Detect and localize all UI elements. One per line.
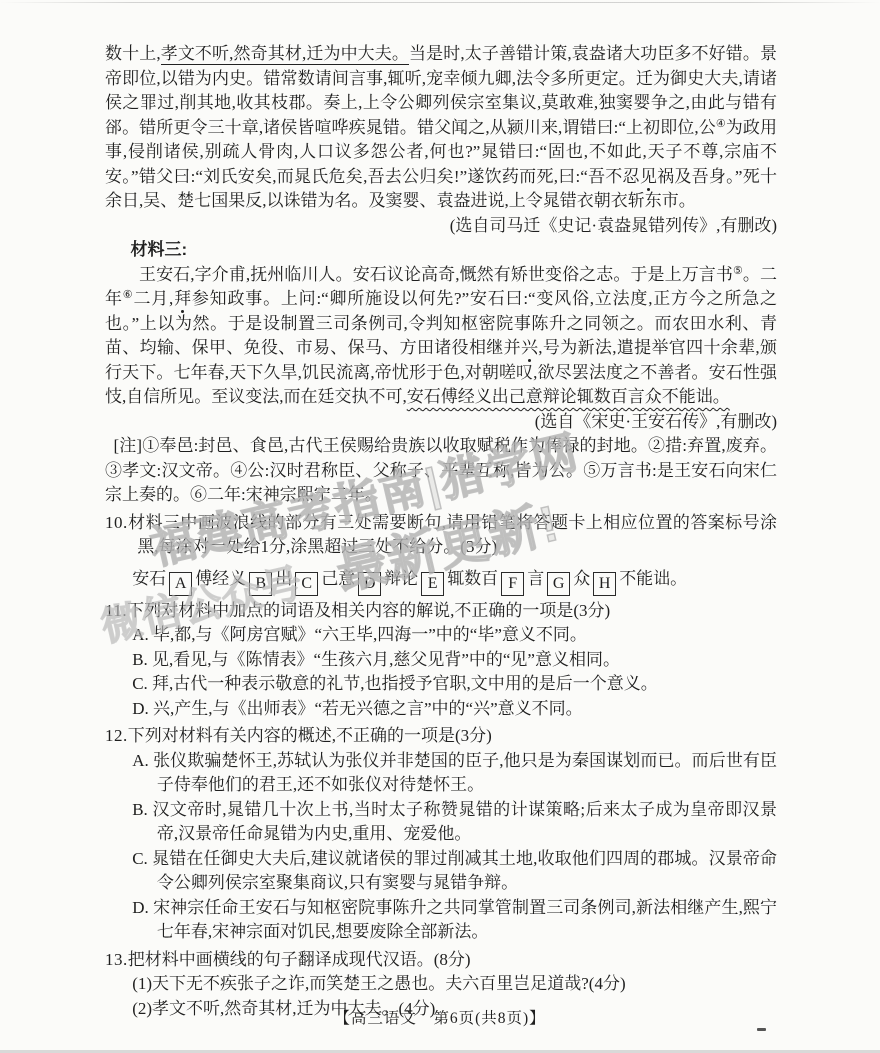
question-number: 13.	[105, 950, 128, 969]
sentence-break-options: 安石A傅经义B出C己意D辩论E辄数百F言G众H不能诎。	[132, 563, 777, 596]
answer-letter-box: A	[169, 572, 192, 596]
option-text: 见,看见,与《陈情表》“生孩六月,慈父见背”中的“见”意义相同。	[152, 650, 620, 669]
note-reference: ④	[716, 118, 726, 130]
notes-paragraph: [注]①奉邑:封邑、食邑,古代王侯赐给贵族以收取赋税作为俸禄的封地。②措:弃置,…	[105, 434, 777, 508]
answer-letter-box: G	[547, 572, 570, 596]
option-text: 宋神宗任命王安石与知枢密院事陈升之共同掌管制置三司条例司,新法相继产生,熙宁七年…	[153, 898, 777, 942]
option-text: 毕,都,与《阿房宫赋》“六王毕,四海一”中的“毕”意义不同。	[153, 625, 587, 644]
text-run: 安石	[132, 569, 166, 588]
option-A: A. 毕,都,与《阿房宫赋》“六王毕,四海一”中的“毕”意义不同。	[132, 623, 777, 648]
question-number: 10.	[105, 513, 128, 532]
question-11: 11.下列对材料中加点的词语及相关内容的解说,不正确的一项是(3分)	[105, 599, 777, 624]
answer-letter-box: B	[249, 572, 272, 596]
answer-letter-box: F	[501, 572, 524, 596]
option-label: C.	[132, 849, 152, 868]
option-C: C. 拜,古代一种表示敬意的礼节,也指授予官职,文中用的是后一个意义。	[132, 672, 777, 697]
material-two-passage: 数十上,孝文不听,然奇其材,迁为中大夫。当是时,太子善错计策,袁盎诸大功臣多不好…	[105, 42, 777, 214]
option-text: 兴,产生,与《出师表》“若无兴德之言”中的“兴”意义不同。	[153, 699, 583, 718]
question-12: 12.下列对材料有关内容的概述,不正确的一项是(3分)	[105, 724, 777, 749]
answer-letter-box: H	[593, 572, 616, 596]
text-run: 王安石,字介甫,抚州临川人。安石议论高奇,慨然有矫世变俗之志。于是上万言书	[139, 265, 733, 284]
text-run: 不能诎。	[619, 569, 687, 588]
option-D: D. 兴,产生,与《出师表》“若无兴德之言”中的“兴”意义不同。	[132, 697, 777, 722]
text-run: 众	[573, 569, 590, 588]
dotted-term: 兴	[521, 338, 538, 357]
source-attribution: (选自《宋史·王安石传》,有删改)	[105, 410, 777, 435]
option-text: 汉文帝时,晁错几十次上书,当时太子称赞晁错的计谋策略;后来太子成为皇帝即汉景帝,…	[152, 800, 777, 844]
text-run: 傅经义	[195, 569, 246, 588]
answer-letter-box: C	[295, 572, 318, 596]
option-label: D.	[132, 699, 153, 718]
page-footer: 【高三语文 第6页(共8页)】	[0, 1006, 880, 1028]
text-run: 二月,	[133, 289, 173, 308]
exam-page: 数十上,孝文不听,然奇其材,迁为中大夫。当是时,太子善错计策,袁盎诸大功臣多不好…	[0, 0, 880, 1053]
option-B: B. 见,看见,与《陈情表》“生孩六月,慈父见背”中的“见”意义相同。	[132, 648, 777, 673]
option-text: 晁错在任御史大夫后,建议就诸侯的罪过削减其土地,收取他们四周的郡城。汉景帝命令公…	[152, 849, 777, 893]
text-run: 下列对材料中加点的词语及相关内容的解说,不正确的一项是(3分)	[127, 601, 610, 620]
wavy-underlined-text: 安石傅经义出己意辩论辄数百言众不能诎。	[407, 387, 730, 406]
option-B: B. 汉文帝时,晁错几十次上书,当时太子称赞晁错的计谋策略;后来太子成为皇帝即汉…	[132, 798, 777, 847]
underlined-text: 孝文不听,然奇其材,迁为中大夫。	[161, 44, 409, 65]
option-A: A. 张仪欺骗楚怀王,苏轼认为张仪并非楚国的臣子,他只是为秦国谋划而已。而后世有…	[132, 749, 777, 798]
option-label: D.	[132, 898, 153, 917]
text-run: 把材料中画横线的句子翻译成现代汉语。(8分)	[128, 950, 471, 969]
text-run: 辩论	[384, 569, 418, 588]
answer-letter-box: E	[421, 572, 444, 596]
text-run: 辄数百	[447, 569, 498, 588]
material-heading: 材料三:	[105, 238, 777, 263]
source-attribution: (选自司马迁《史记·袁盎晁错列传》,有删改)	[105, 214, 777, 239]
option-D: D. 宋神宗任命王安石与知枢密院事陈升之共同掌管制置三司条例司,新法相继产生,熙…	[132, 896, 777, 945]
option-label: A.	[132, 751, 153, 770]
note-reference: ⑥	[123, 289, 134, 301]
text-run: 下列对材料有关内容的概述,不正确的一项是(3分)	[128, 726, 492, 745]
option-text: 拜,古代一种表示敬意的礼节,也指授予官职,文中用的是后一个意义。	[152, 674, 658, 693]
question-13: 13.把材料中画横线的句子翻译成现代汉语。(8分)	[105, 948, 777, 973]
note-reference: ⑤	[733, 265, 743, 277]
question-number: 12.	[105, 726, 128, 745]
dotted-term: 拜	[173, 289, 192, 308]
question-10: 10.材料三中画波浪线的部分有三处需要断句,请用铅笔将答题卡上相应位置的答案标号…	[105, 511, 777, 560]
option-label: A.	[132, 625, 153, 644]
option-text: 张仪欺骗楚怀王,苏轼认为张仪并非楚国的臣子,他只是为秦国谋划而已。而后世有臣子侍…	[153, 751, 777, 795]
option-label: B.	[132, 650, 152, 669]
sub-question: (1)天下无不疾张子之诈,而笑楚王之愚也。夫六百里岂足道哉?(4分)	[132, 972, 777, 997]
text-run: 材料三中画波浪线的部分有三处需要断句,请用铅笔将答题卡上相应位置的答案标号涂黑,…	[128, 513, 777, 557]
text-run: [注]①奉邑:封邑、食邑,古代王侯赐给贵族以收取赋税作为俸禄的封地。②措:弃置,…	[105, 436, 777, 504]
material-three-passage: 王安石,字介甫,抚州临川人。安石议论高奇,慨然有矫世变俗之志。于是上万言书⑤。二…	[105, 263, 777, 410]
document-content: 数十上,孝文不听,然奇其材,迁为中大夫。当是时,太子善错计策,袁盎诸大功臣多不好…	[105, 42, 777, 1021]
scan-top-edge-line	[0, 2, 880, 3]
text-run: 言	[527, 569, 544, 588]
option-label: B.	[132, 800, 152, 819]
question-number: 11.	[105, 601, 127, 620]
dotted-term: 见	[640, 167, 657, 186]
text-run: 出	[275, 569, 292, 588]
text-run: 数十上,	[105, 44, 161, 63]
option-label: C.	[132, 674, 152, 693]
answer-letter-box: D	[358, 572, 381, 596]
option-C: C. 晁错在任御史大夫后,建议就诸侯的罪过削减其土地,收取他们四周的郡城。汉景帝…	[132, 847, 777, 896]
text-run: 己意	[321, 569, 355, 588]
scan-artifact-dash	[757, 1028, 766, 1031]
